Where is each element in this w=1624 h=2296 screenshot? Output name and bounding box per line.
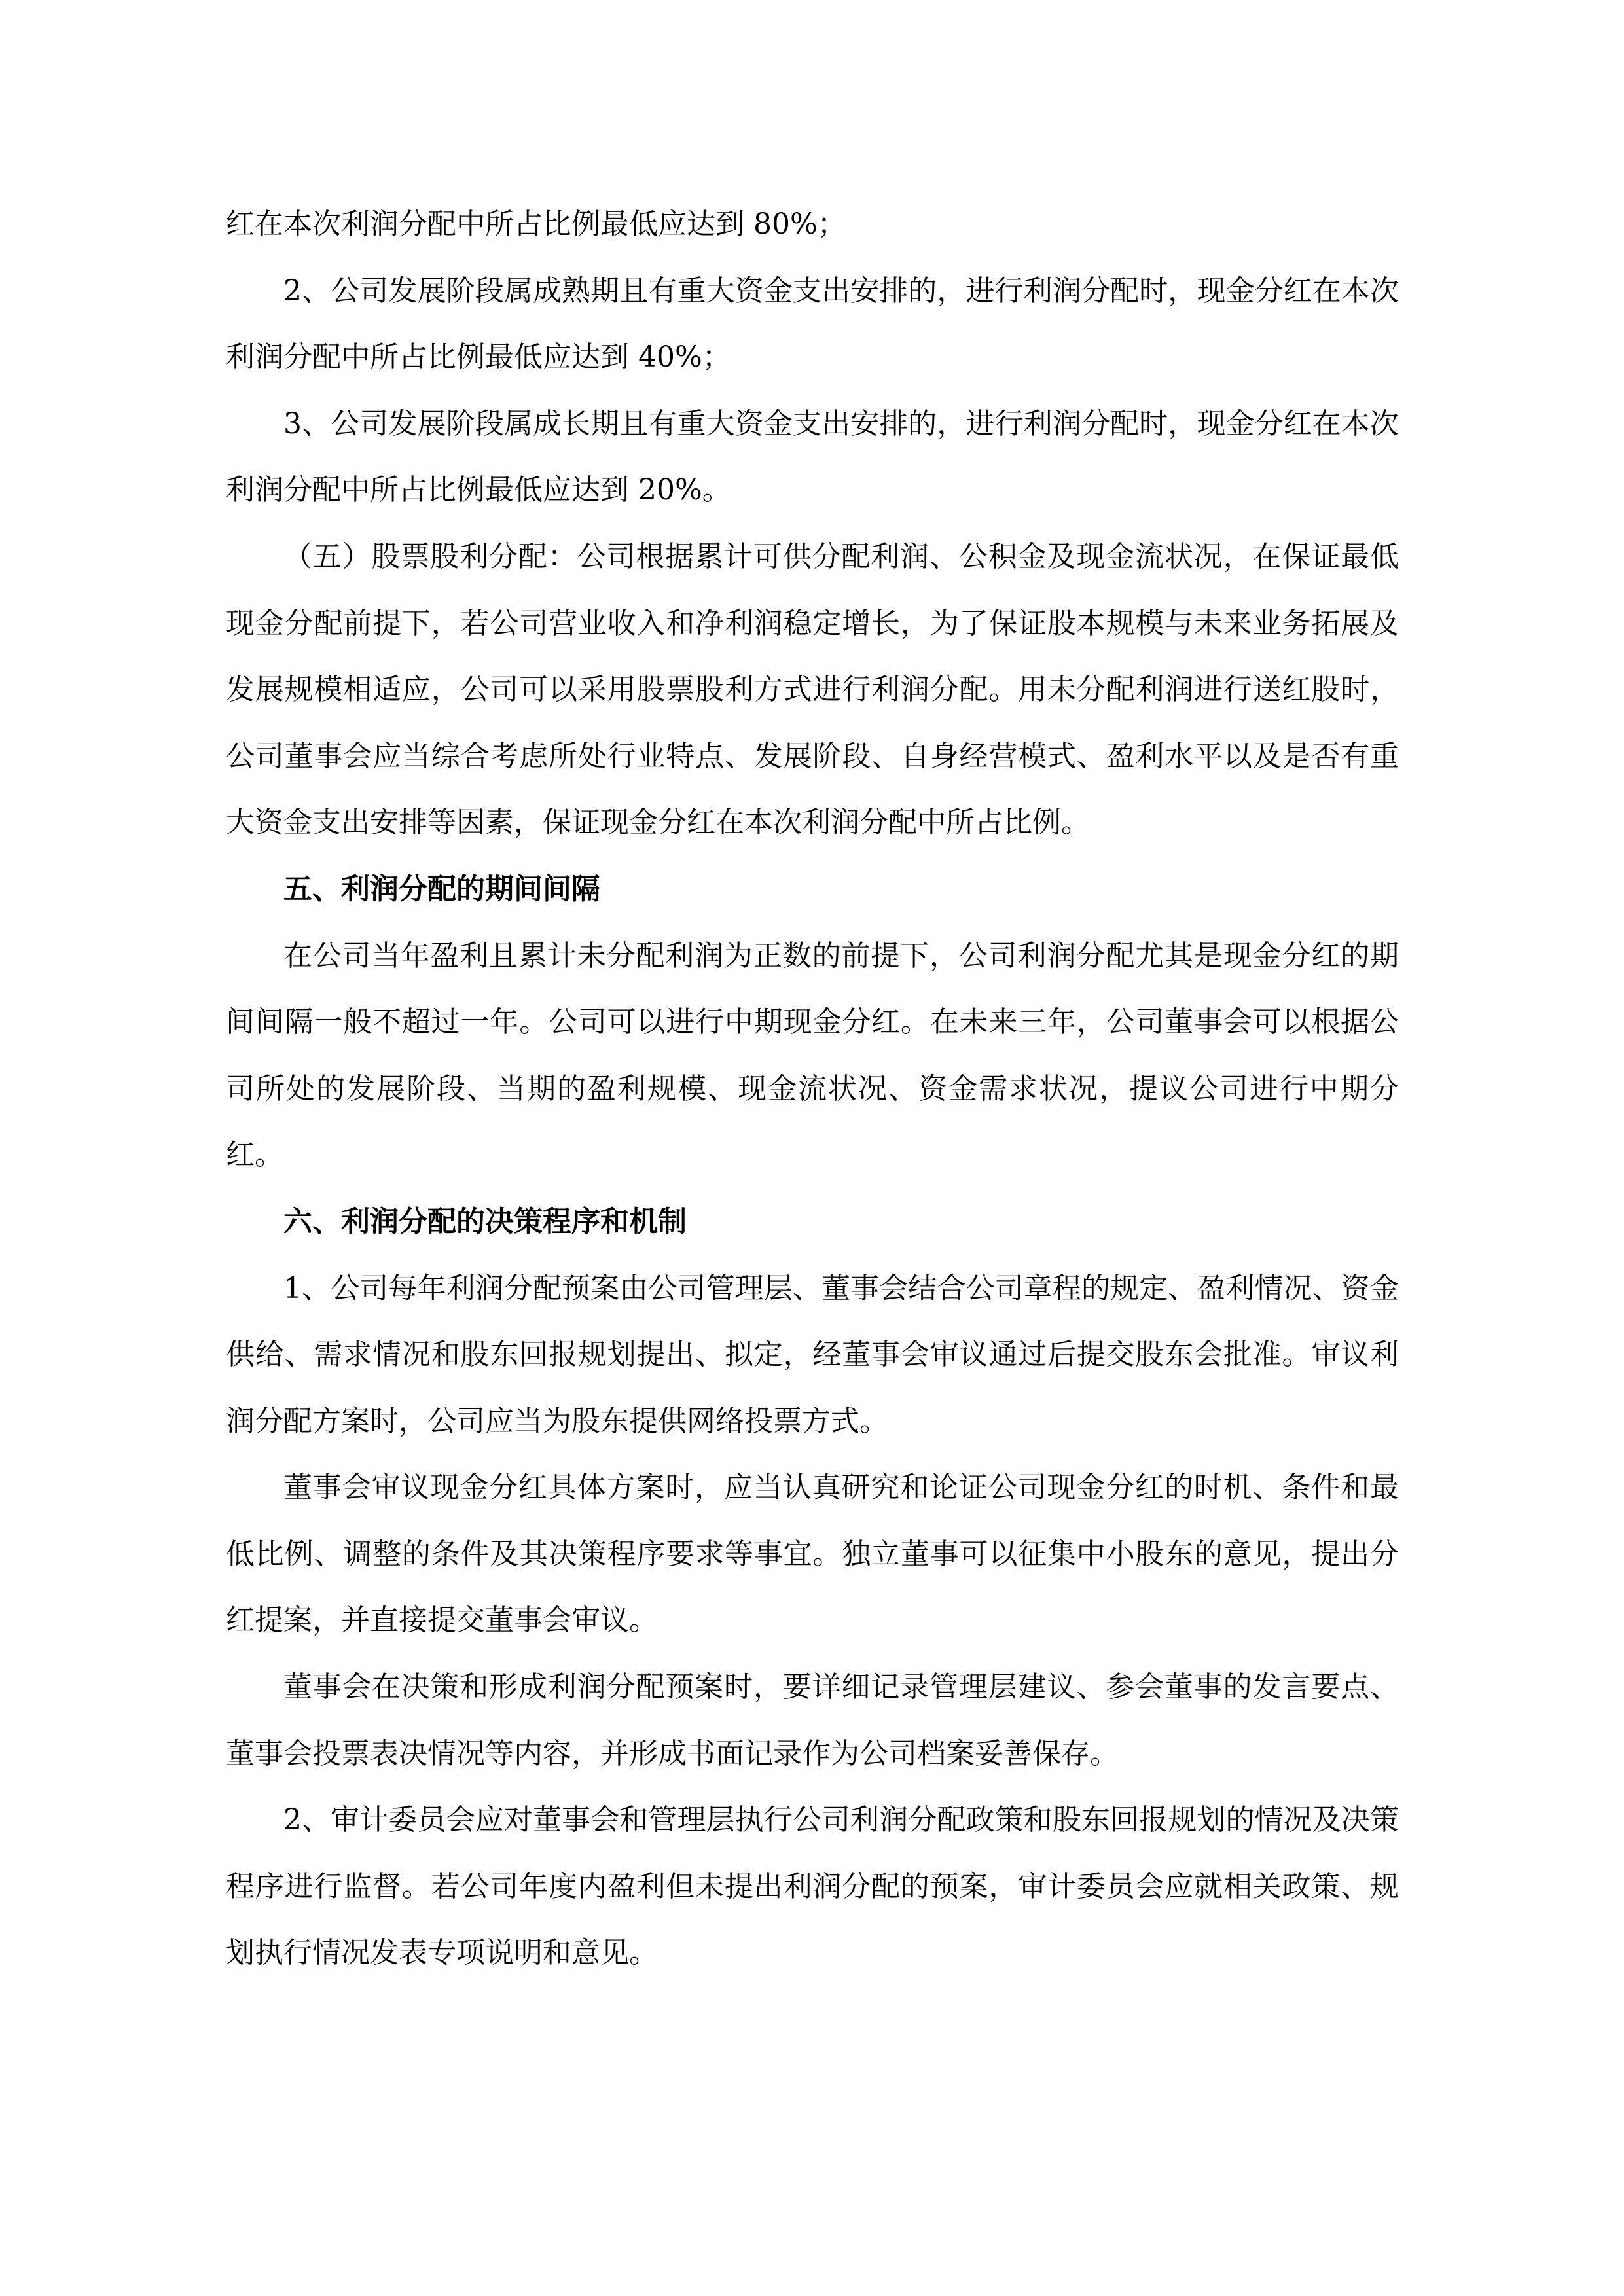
paragraph-mature-stage-40: 2、公司发展阶段属成熟期且有重大资金支出安排的，进行利润分配时，现金分红在本次利… — [226, 258, 1399, 391]
paragraph-annual-plan: 1、公司每年利润分配预案由公司管理层、董事会结合公司章程的规定、盈利情况、资金供… — [226, 1255, 1399, 1455]
paragraph-distribution-interval: 在公司当年盈利且累计未分配利润为正数的前提下，公司利润分配尤其是现金分红的期间间… — [226, 923, 1399, 1189]
section-heading-distribution-interval: 五、利润分配的期间间隔 — [226, 856, 1399, 923]
paragraph-board-review: 董事会审议现金分红具体方案时，应当认真研究和论证公司现金分红的时机、条件和最低比… — [226, 1454, 1399, 1654]
paragraph-audit-committee: 2、审计委员会应对董事会和管理层执行公司利润分配政策和股东回报规划的情况及决策程… — [226, 1787, 1399, 1986]
paragraph-stock-dividend: （五）股票股利分配：公司根据累计可供分配利润、公积金及现金流状况，在保证最低现金… — [226, 524, 1399, 856]
section-heading-decision-procedure: 六、利润分配的决策程序和机制 — [226, 1189, 1399, 1255]
paragraph-board-records: 董事会在决策和形成利润分配预案时，要详细记录管理层建议、参会董事的发言要点、董事… — [226, 1654, 1399, 1787]
document-page: 红在本次利润分配中所占比例最低应达到 80%； 2、公司发展阶段属成熟期且有重大… — [226, 191, 1399, 1986]
paragraph-growth-stage-20: 3、公司发展阶段属成长期且有重大资金支出安排的，进行利润分配时，现金分红在本次利… — [226, 391, 1399, 524]
paragraph-cash-dividend-80: 红在本次利润分配中所占比例最低应达到 80%； — [226, 191, 1399, 258]
